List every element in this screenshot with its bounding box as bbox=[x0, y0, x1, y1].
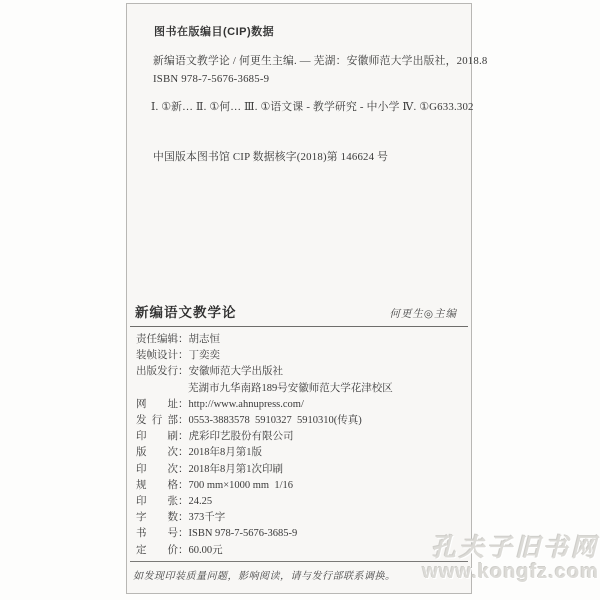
footer-divider-rule bbox=[130, 561, 468, 562]
pub-value: ISBN 978-7-5676-3685-9 bbox=[189, 528, 298, 539]
pub-value: 丁奕奕 bbox=[189, 350, 221, 361]
title-divider-rule bbox=[130, 326, 468, 327]
pub-value: 2018年8月第1版 bbox=[189, 447, 263, 458]
pub-row-editor: 责任编辑：胡志恒 bbox=[136, 332, 466, 348]
publication-info-list: 责任编辑：胡志恒 装帧设计：丁奕奕 出版发行：安徽师范大学出版社 芜湖市九华南路… bbox=[136, 332, 466, 559]
pub-value: 胡志恒 bbox=[189, 334, 221, 345]
pub-colon: ： bbox=[178, 464, 189, 475]
pub-label: 字数 bbox=[136, 510, 178, 526]
book-editor: 何更生◎主编 bbox=[389, 306, 457, 321]
pub-label: 出版发行 bbox=[136, 364, 178, 380]
pub-row-website: 网址：http://www.ahnupress.com/ bbox=[136, 397, 466, 413]
pub-colon: ： bbox=[178, 545, 189, 556]
cip-classification-line: Ⅰ. ①新… Ⅱ. ①何… Ⅲ. ①语文课 - 教学研究 - 中小学 Ⅳ. ①G… bbox=[151, 100, 474, 115]
cip-header: 图书在版编目(CIP)数据 bbox=[154, 23, 274, 39]
pub-value: 700 mm×1000 mm 1/16 bbox=[189, 480, 294, 491]
pub-colon: ： bbox=[178, 334, 189, 345]
pub-value: 60.00元 bbox=[189, 545, 223, 556]
pub-row-price: 定价：60.00元 bbox=[136, 543, 466, 559]
pub-row-publisher-address: 芜湖市九华南路189号安徽师范大学花津校区 bbox=[136, 381, 466, 397]
bookseller-photo-viewport: { "page": { "cip": { "header": "图书在版编目(C… bbox=[0, 0, 600, 600]
pub-value: 虎彩印艺股份有限公司 bbox=[189, 431, 294, 442]
pub-row-publisher: 出版发行：安徽师范大学出版社 bbox=[136, 364, 466, 380]
pub-colon: ： bbox=[178, 447, 189, 458]
pub-value: 安徽师范大学出版社 bbox=[189, 366, 284, 377]
pub-colon: ： bbox=[178, 399, 189, 410]
pub-row-distribution: 发行部：0553-3883578 5910327 5910310(传真) bbox=[136, 413, 466, 429]
cip-isbn-line: ISBN 978-7-5676-3685-9 bbox=[153, 72, 269, 87]
pub-row-printing: 印次：2018年8月第1次印刷 bbox=[136, 462, 466, 478]
pub-row-designer: 装帧设计：丁奕奕 bbox=[136, 348, 466, 364]
title-row: 新编语文教学论 何更生◎主编 bbox=[135, 301, 457, 321]
pub-label: 定价 bbox=[136, 543, 178, 559]
book-title: 新编语文教学论 bbox=[135, 301, 237, 321]
pub-label: 印刷 bbox=[136, 429, 178, 445]
pub-row-isbn: 书号：ISBN 978-7-5676-3685-9 bbox=[136, 526, 466, 542]
pub-colon: ： bbox=[178, 512, 189, 523]
pub-label: 网址 bbox=[136, 397, 178, 413]
pub-value: 373千字 bbox=[189, 512, 226, 523]
pub-row-wordcount: 字数：373千字 bbox=[136, 510, 466, 526]
pub-value: 0553-3883578 5910327 5910310(传真) bbox=[189, 415, 362, 426]
pub-row-edition: 版次：2018年8月第1版 bbox=[136, 445, 466, 461]
pub-colon: ： bbox=[178, 415, 189, 426]
pub-label: 书号 bbox=[136, 526, 178, 542]
book-copyright-page-photo: 图书在版编目(CIP)数据 新编语文教学论 / 何更生主编. — 芜湖：安徽师范… bbox=[126, 3, 472, 594]
pub-colon: ： bbox=[178, 496, 189, 507]
pub-value: 2018年8月第1次印刷 bbox=[189, 464, 284, 475]
pub-row-printer: 印刷：虎彩印艺股份有限公司 bbox=[136, 429, 466, 445]
pub-row-sheets: 印张：24.25 bbox=[136, 494, 466, 510]
pub-colon: ： bbox=[178, 350, 189, 361]
pub-colon: ： bbox=[178, 480, 189, 491]
pub-label: 装帧设计 bbox=[136, 348, 178, 364]
cip-entry-line: 新编语文教学论 / 何更生主编. — 芜湖：安徽师范大学出版社，2018.8 bbox=[153, 54, 488, 69]
pub-label: 发行部 bbox=[136, 413, 178, 429]
pub-label: 版次 bbox=[136, 445, 178, 461]
pub-label: 印次 bbox=[136, 462, 178, 478]
pub-label: 印张 bbox=[136, 494, 178, 510]
pub-row-format: 规格：700 mm×1000 mm 1/16 bbox=[136, 478, 466, 494]
pub-colon: ： bbox=[178, 366, 189, 377]
quality-notice: 如发现印装质量问题，影响阅读，请与发行部联系调换。 bbox=[133, 567, 396, 582]
pub-colon: ： bbox=[178, 528, 189, 539]
pub-label: 责任编辑 bbox=[136, 332, 178, 348]
pub-value: 芜湖市九华南路189号安徽师范大学花津校区 bbox=[188, 383, 393, 394]
pub-label: 规格 bbox=[136, 478, 178, 494]
cip-record-number: 中国版本图书馆 CIP 数据核字(2018)第 146624 号 bbox=[153, 150, 388, 165]
pub-colon: ： bbox=[178, 431, 189, 442]
pub-value: 24.25 bbox=[189, 496, 213, 507]
pub-value: http://www.ahnupress.com/ bbox=[189, 399, 304, 410]
